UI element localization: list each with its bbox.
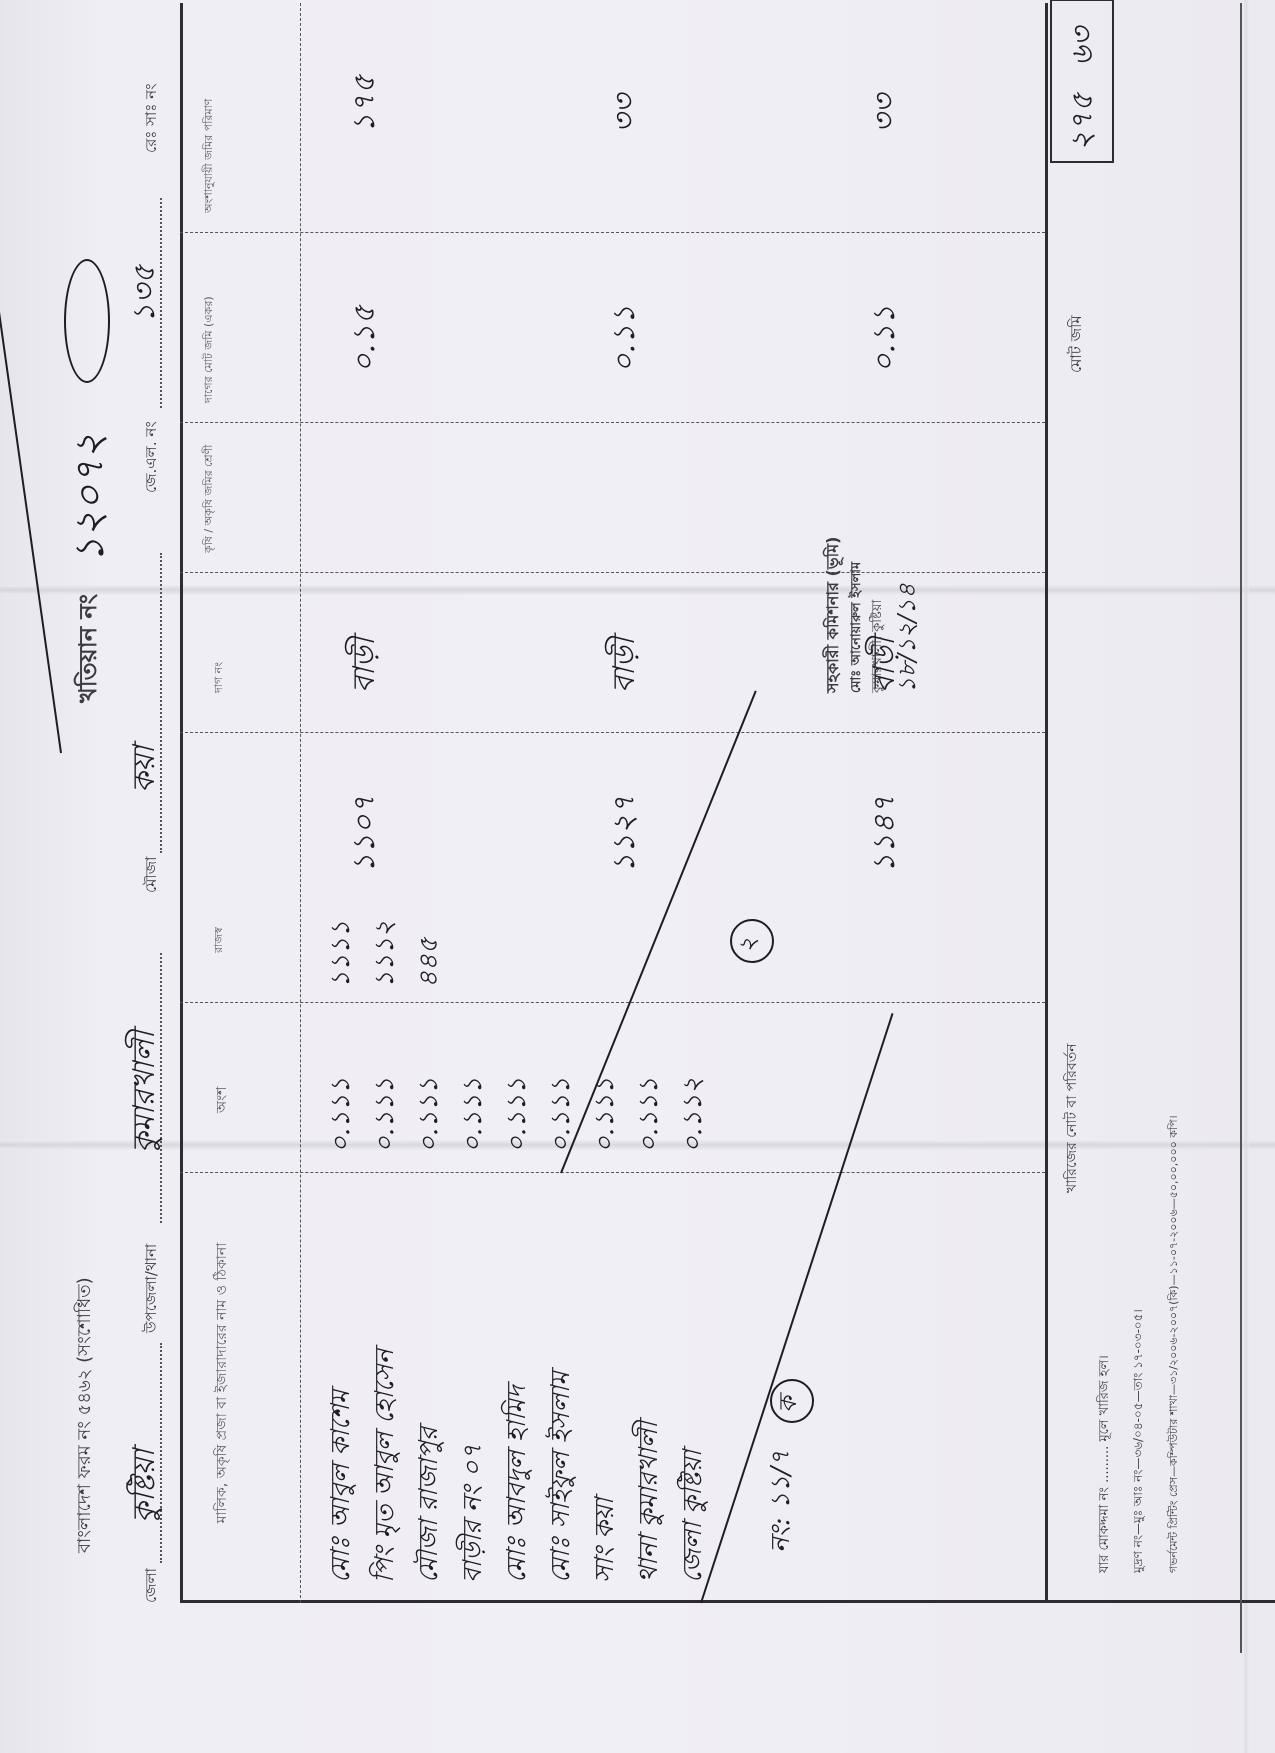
dag-entry: ১১২৭ xyxy=(600,795,651,873)
bottom-border xyxy=(1240,3,1242,1653)
dag-side-number: ১১১১ xyxy=(320,920,364,988)
dag-side-list: ১১১১ ১১১২ ৪৪৫ xyxy=(320,920,452,988)
owner-entry: থানা কুমারখালী xyxy=(628,1183,672,1583)
dag-entry: ১১৪৭ xyxy=(860,795,911,873)
total-land-label: মোট জমি xyxy=(1065,315,1090,373)
col-dag: দাগ নং xyxy=(210,662,229,693)
press-line: গভর্নমেন্ট প্রিন্টিং প্রেস—কম্পিউটার শাখ… xyxy=(1165,1115,1184,1573)
sheet-label: রেঃ সাঃ নং xyxy=(140,83,165,153)
col-share-area: অংশানুযায়ী জমির পরিমাণ xyxy=(200,33,219,213)
mouza-dots xyxy=(160,553,162,853)
khatian-number: ১২০৭২ xyxy=(58,433,125,563)
col-area: দাগের মোট জমি (একর) xyxy=(200,253,219,403)
share-entry: ০.১১১ xyxy=(628,1013,672,1153)
share-entry: ০.১১২ xyxy=(672,1013,716,1153)
owner-entry: বাড়ীর নং ০৭ xyxy=(452,1183,496,1583)
total-box: ২৭৫ ৬৩ xyxy=(1050,0,1114,163)
table-top-border xyxy=(180,3,183,1603)
owner-entry: মোঃ আবুল কাশেম xyxy=(320,1183,364,1583)
circled-annotation-text: ক xyxy=(770,1396,810,1413)
khatian-label: খতিয়ান নং xyxy=(70,594,110,703)
share-entry: ০.১১১ xyxy=(584,1013,628,1153)
col-land-class: কৃষি / অকৃষি জমির শ্রেণী xyxy=(200,433,219,553)
jl-value: ১৩৫ xyxy=(120,265,171,323)
mouza-value: কয়া xyxy=(120,746,171,793)
khatian-circle xyxy=(64,259,110,383)
share-entry: ০.১১১ xyxy=(408,1013,452,1153)
stamp-name: মোঃ আনোয়ারুল ইসলাম xyxy=(847,413,868,693)
stamp-date: ১৮/১২/১৪ xyxy=(889,413,929,693)
owner-entry: মোঃ আবদুল হামিদ xyxy=(496,1183,540,1583)
case-line: যার মোকদ্দমা নং ......... মূলে খারিজ হল। xyxy=(1095,1355,1116,1573)
land-class-entry: বাড়ী xyxy=(340,638,391,693)
col-revenue: রাজস্ব xyxy=(210,927,229,953)
area-entry: ০.১১ xyxy=(860,305,911,373)
col-owner: মালিক, অকৃষি প্রজা বা ইজারাদারের নাম ও ঠ… xyxy=(210,1213,234,1553)
officer-stamp: সহকারী কমিশনার (ভূমি) মোঃ আনোয়ারুল ইসলা… xyxy=(820,413,929,693)
table-bottom-border xyxy=(1045,3,1048,1603)
share-entry: ০.১১১ xyxy=(320,1013,364,1153)
col-divider xyxy=(180,232,1045,233)
col-divider xyxy=(180,1002,1045,1003)
owner-entry: মোঃ সাইফুল ইসলাম xyxy=(540,1183,584,1583)
share-entry: ০.১১১ xyxy=(496,1013,540,1153)
change-label: খারিজের নোট বা পরিবর্তন xyxy=(1060,1043,1084,1193)
header-divider xyxy=(300,3,301,1603)
share-entry: ০.১১১ xyxy=(452,1013,496,1153)
memo-line: মুদ্রণ নং—মুঃ আঃ নং—৩৬/০৪-০৫—তাং ১৭-০৩-০… xyxy=(1130,1309,1150,1573)
district-label: জেলা xyxy=(140,1568,165,1603)
owner-entry: সাং কয়া xyxy=(584,1183,628,1583)
share-entry: ০.১১১ xyxy=(364,1013,408,1153)
khatian-form: বাংলাদেশ ফরম নং ৫৪৬২ (সংশোধিত) খতিয়ান ন… xyxy=(0,0,1275,1753)
col-divider xyxy=(180,732,1045,733)
owners-list: মোঃ আবুল কাশেম পিং মৃত আবুল হোসেন মৌজা র… xyxy=(320,1183,716,1583)
dag-side-number: ১১১২ xyxy=(364,920,408,988)
owner-entry: পিং মৃত আবুল হোসেন xyxy=(364,1183,408,1583)
shares-list: ০.১১১ ০.১১১ ০.১১১ ০.১১১ ০.১১১ ০.১১১ ০.১১… xyxy=(320,1013,716,1153)
col-divider xyxy=(180,1172,1045,1173)
dag-side-number: ৪৪৫ xyxy=(408,920,452,988)
share-area-entry: ১৭৫ xyxy=(340,75,391,133)
upazila-label: উপজেলা/থানা xyxy=(140,1244,165,1333)
case-number-note: নং: ১১/৭ xyxy=(760,1450,804,1553)
owner-entry: মৌজা রাজাপুর xyxy=(408,1183,452,1583)
land-class-entry: বাড়ী xyxy=(600,638,651,693)
circled-annotation-text: ২ xyxy=(730,937,770,953)
upazila-value: কুমারখালী xyxy=(120,1031,171,1153)
stamp-title: সহকারী কমিশনার (ভূমি) xyxy=(820,413,847,693)
dag-entry: ১১০৭ xyxy=(340,795,391,873)
table-left-border xyxy=(180,1600,1275,1603)
stamp-office: কুমারখালী, কুষ্টিয়া xyxy=(868,413,889,693)
district-value: কুষ্টিয়া xyxy=(120,1449,171,1523)
col-share: অংশ xyxy=(210,1087,234,1113)
jl-label: জে.এল. নং xyxy=(140,421,165,493)
total-value-2: ৬৩ xyxy=(1058,27,1109,66)
mouza-label: মৌজা xyxy=(140,857,165,893)
total-value: ২৭৫ xyxy=(1058,93,1109,151)
form-title: বাংলাদেশ ফরম নং ৫৪৬২ (সংশোধিত) xyxy=(70,1277,101,1553)
area-entry: ০.১৫ xyxy=(340,305,391,373)
strike-line xyxy=(0,278,62,754)
owner-entry: জেলা কুষ্টিয়া xyxy=(672,1183,716,1583)
share-area-entry: ৩৩ xyxy=(600,94,651,133)
area-entry: ০.১১ xyxy=(600,305,651,373)
share-area-entry: ৩৩ xyxy=(860,94,911,133)
